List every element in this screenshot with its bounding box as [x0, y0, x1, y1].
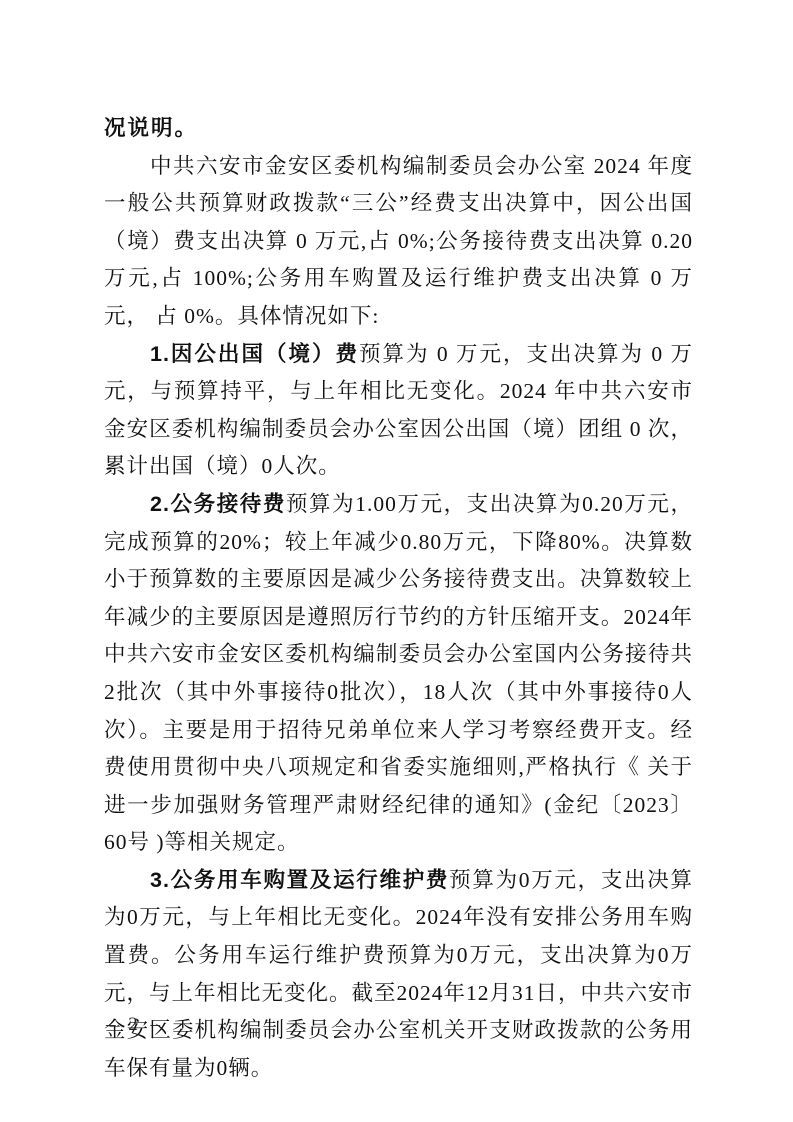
paragraph-item-1-outbound-travel: 1.因公出国（境）费预算为 0 万元，支出决算为 0 万元，与预算持平，与上年相…	[104, 336, 693, 486]
section-heading-continuation: 况说明。	[104, 110, 693, 148]
paragraph-item-3-lead: 3.公务用车购置及运行维护费	[150, 868, 449, 892]
document-page: 况说明。 中共六安市金安区委机构编制委员会办公室 2024 年度一般公共预算财政…	[0, 0, 793, 1122]
paragraph-item-3-text: 预算为0万元，支出决算为0万元，与上年相比无变化。2024年没有安排公务用车购置…	[104, 868, 693, 1080]
paragraph-item-2-official-reception: 2.公务接待费预算为1.00万元，支出决算为0.20万元，完成预算的20%；较上…	[104, 486, 693, 862]
paragraph-item-3-official-vehicles: 3.公务用车购置及运行维护费预算为0万元，支出决算为0万元，与上年相比无变化。2…	[104, 862, 693, 1088]
document-body: 况说明。 中共六安市金安区委机构编制委员会办公室 2024 年度一般公共预算财政…	[104, 110, 693, 1087]
paragraph-item-1-lead: 1.因公出国（境）费	[150, 342, 359, 366]
paragraph-item-2-lead: 2.公务接待费	[150, 492, 286, 516]
paragraph-item-2-text: 预算为1.00万元，支出决算为0.20万元，完成预算的20%；较上年减少0.80…	[104, 492, 693, 854]
paragraph-overview: 中共六安市金安区委机构编制委员会办公室 2024 年度一般公共预算财政拨款“三公…	[104, 148, 693, 336]
paragraph-overview-text: 中共六安市金安区委机构编制委员会办公室 2024 年度一般公共预算财政拨款“三公…	[104, 154, 693, 328]
page-number: – 2 –	[106, 1014, 164, 1036]
